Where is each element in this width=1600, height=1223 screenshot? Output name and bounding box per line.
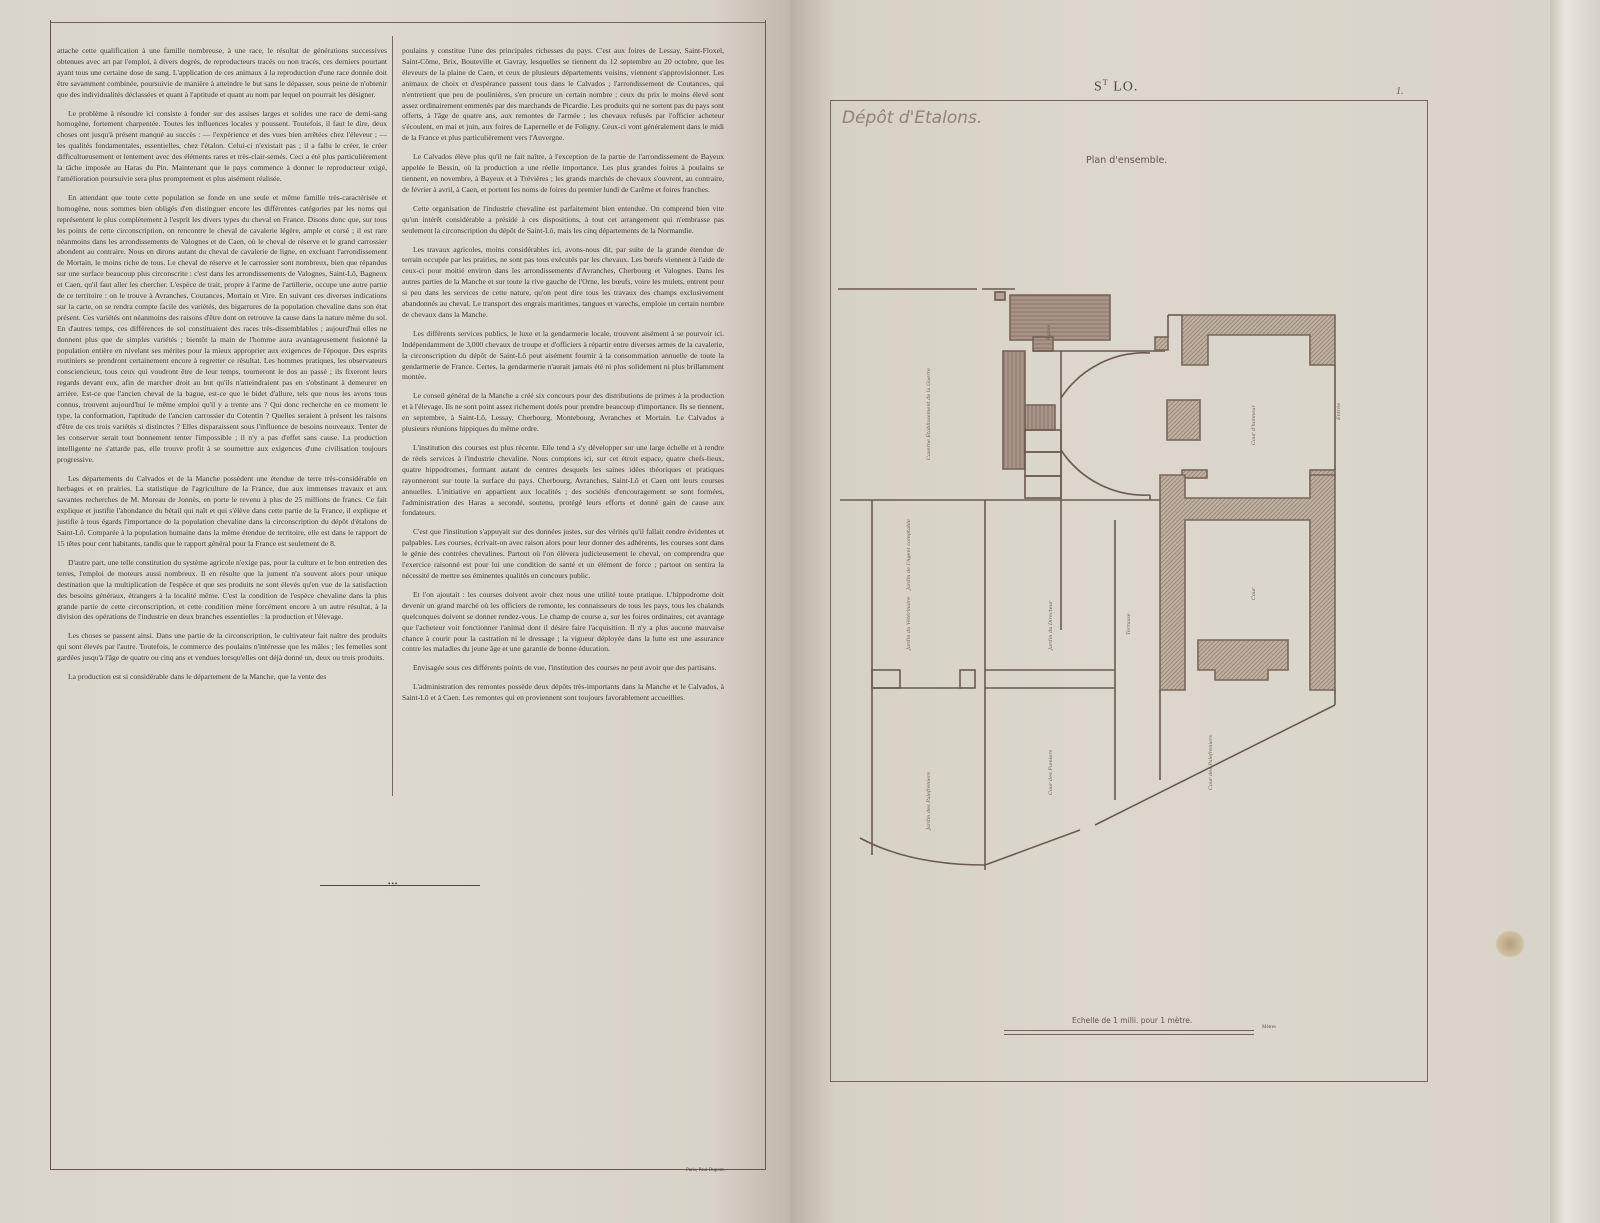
scale-unit: Mètres (1262, 1025, 1276, 1030)
paragraph: L'institution des courses est plus récen… (402, 443, 724, 519)
paragraph: En attendant que toute cette population … (57, 193, 387, 466)
paragraph: attache cette qualification à une famill… (57, 46, 387, 101)
paragraph: Le problème à résoudre ici consiste à fo… (57, 109, 387, 185)
page-edge (1550, 0, 1600, 1223)
plate-title-s: S (1094, 80, 1103, 95)
left-page: attache cette qualification à une famill… (0, 0, 790, 1223)
end-ornament: ••• (320, 882, 480, 890)
label-garden-accountant: Jardin de l'Agent comptable (906, 519, 912, 591)
plate-title: ST LO. (1094, 78, 1138, 96)
scale-bar-line (1004, 1030, 1254, 1035)
label-garden-palefreniers: Jardin des Palefreniers (926, 772, 932, 831)
label-left-yard: Caserne Établissement de la Guerre (924, 368, 932, 460)
paragraph: Les travaux agricoles, moins considérabl… (402, 245, 724, 321)
printer-credit: Paris, Paul Dupont. (686, 1168, 725, 1173)
paragraph: L'administration des remontes possède de… (402, 682, 724, 704)
paragraph: Le Calvados élève plus qu'il ne fait naî… (402, 152, 724, 196)
paragraph: Les départements du Calvados et de la Ma… (57, 474, 387, 550)
ornament-dots: ••• (388, 880, 398, 888)
text-column-2: poulains y constitue l'une des principal… (402, 46, 724, 712)
paragraph: Les choses se passent ainsi. Dans une pa… (57, 631, 387, 664)
paragraph: D'autre part, une telle constitution du … (57, 558, 387, 623)
label-terrace: Terrasse (1126, 613, 1132, 635)
label-garden-vet: Jardin du Vétérinaire (905, 597, 912, 651)
scale-label: Echelle de 1 milli. pour 1 mètre. (1072, 1016, 1192, 1025)
book-spread: attache cette qualification à une famill… (0, 0, 1600, 1223)
label-garden-director: Jardin du Directeur (1048, 600, 1054, 651)
label-court-palefreniers: Cour des Palefreniers (1208, 735, 1214, 790)
paragraph: Et l'on ajoutait : les courses doivent a… (402, 590, 724, 655)
plate-number: 1. (1396, 86, 1404, 97)
paragraph: C'est que l'institution s'appuyait sur d… (402, 527, 724, 582)
label-chapel: Église (1044, 324, 1052, 341)
paragraph: Les différents services publics, le luxe… (402, 329, 724, 384)
label-right-court: Cour d'honneur (1251, 405, 1257, 445)
paragraph: poulains y constitue l'une des principal… (402, 46, 724, 144)
plate-caption: Dépôt d'Etalons. (842, 108, 982, 128)
ornament-line (320, 885, 480, 886)
scale-bar: Echelle de 1 milli. pour 1 mètre. Mètres (1004, 1020, 1284, 1038)
column-divider (392, 36, 393, 796)
paper-stain (1495, 930, 1525, 958)
site-plan-drawing: Caserne Établissement de la Guerre Églis… (830, 270, 1370, 890)
paragraph: Le conseil général de la Manche a créé s… (402, 391, 724, 435)
plate-title-lo: LO. (1109, 80, 1139, 95)
label-inner-court: Cour (1251, 587, 1257, 600)
label-entree: Entrée (1335, 403, 1342, 421)
plate-subtitle: Plan d'ensemble. (1086, 155, 1167, 166)
paragraph: La production est si considérable dans l… (57, 672, 387, 683)
label-court-fumiers: Cour des Fumiers (1048, 749, 1054, 795)
paragraph: Envisagée sous ces différents points de … (402, 663, 724, 674)
paragraph: Cette organisation de l'industrie cheval… (402, 204, 724, 237)
text-column-1: attache cette qualification à une famill… (57, 46, 387, 691)
